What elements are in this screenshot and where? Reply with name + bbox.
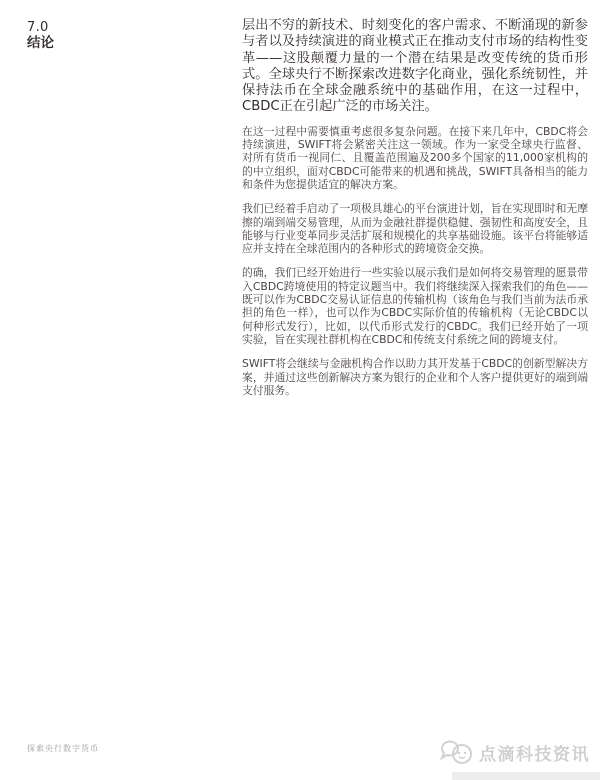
watermark: 点滴科技资讯 bbox=[439, 738, 590, 766]
footer-running-title: 探索央行数字货币 bbox=[27, 743, 99, 754]
body-paragraph: 在这一过程中需要慎重考虑很多复杂问题。在接下来几年中，CBDC将会持续演进，SW… bbox=[242, 125, 588, 191]
bottom-edge-strip bbox=[452, 772, 600, 780]
body-paragraph: 的确，我们已经开始进行一些实验以展示我们是如何将交易管理的愿景带入CBDC跨境使… bbox=[242, 266, 588, 346]
body-paragraph: SWIFT将会继续与金融机构合作以助力其开发基于CBDC的创新型解决方案，并通过… bbox=[242, 357, 588, 397]
section-heading: 7.0 结论 bbox=[27, 20, 54, 51]
watermark-label: 点滴科技资讯 bbox=[479, 740, 590, 765]
droplet-chat-logo-icon bbox=[439, 738, 475, 766]
body-paragraph: 我们已经着手启动了一项极具雄心的平台演进计划，旨在实现即时和无摩擦的端到端交易管… bbox=[242, 202, 588, 255]
document-page: 7.0 结论 层出不穷的新技术、时刻变化的客户需求、不断涌现的新参与者以及持续演… bbox=[0, 0, 600, 780]
section-number: 7.0 bbox=[27, 20, 54, 35]
main-text-column: 层出不穷的新技术、时刻变化的客户需求、不断涌现的新参与者以及持续演进的商业模式正… bbox=[242, 18, 588, 397]
section-title: 结论 bbox=[27, 35, 54, 51]
lead-paragraph: 层出不穷的新技术、时刻变化的客户需求、不断涌现的新参与者以及持续演进的商业模式正… bbox=[242, 18, 588, 116]
